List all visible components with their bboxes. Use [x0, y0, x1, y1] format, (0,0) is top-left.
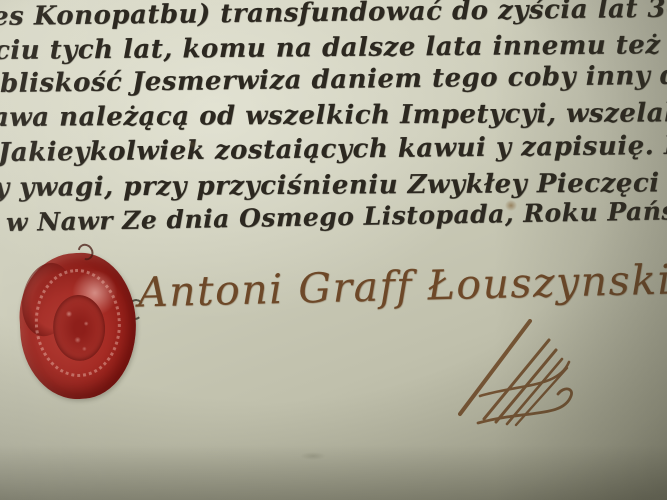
manuscript-line: Jakieykolwiek zostaiących kawui y zapisu… — [0, 130, 667, 168]
ink-blot-stain — [505, 200, 517, 211]
signature: Antoni Graff Łouszynski — [137, 255, 667, 316]
paper-stain — [300, 452, 326, 460]
manuscript-line: ciu tych lat, komu na dalsze lata innemu… — [0, 28, 667, 66]
manuscript-line: es Konopatbu) transfundować do zyścia la… — [0, 0, 667, 32]
manuscript-line: awa należącą od wszelkich Impetycyi, wsz… — [0, 97, 667, 133]
signature-paraph-flourish — [450, 318, 590, 430]
paper-stain — [188, 140, 197, 148]
red-wax-seal — [16, 250, 139, 402]
manuscript-photo: es Konopatbu) transfundować do zyścia la… — [0, 0, 667, 500]
